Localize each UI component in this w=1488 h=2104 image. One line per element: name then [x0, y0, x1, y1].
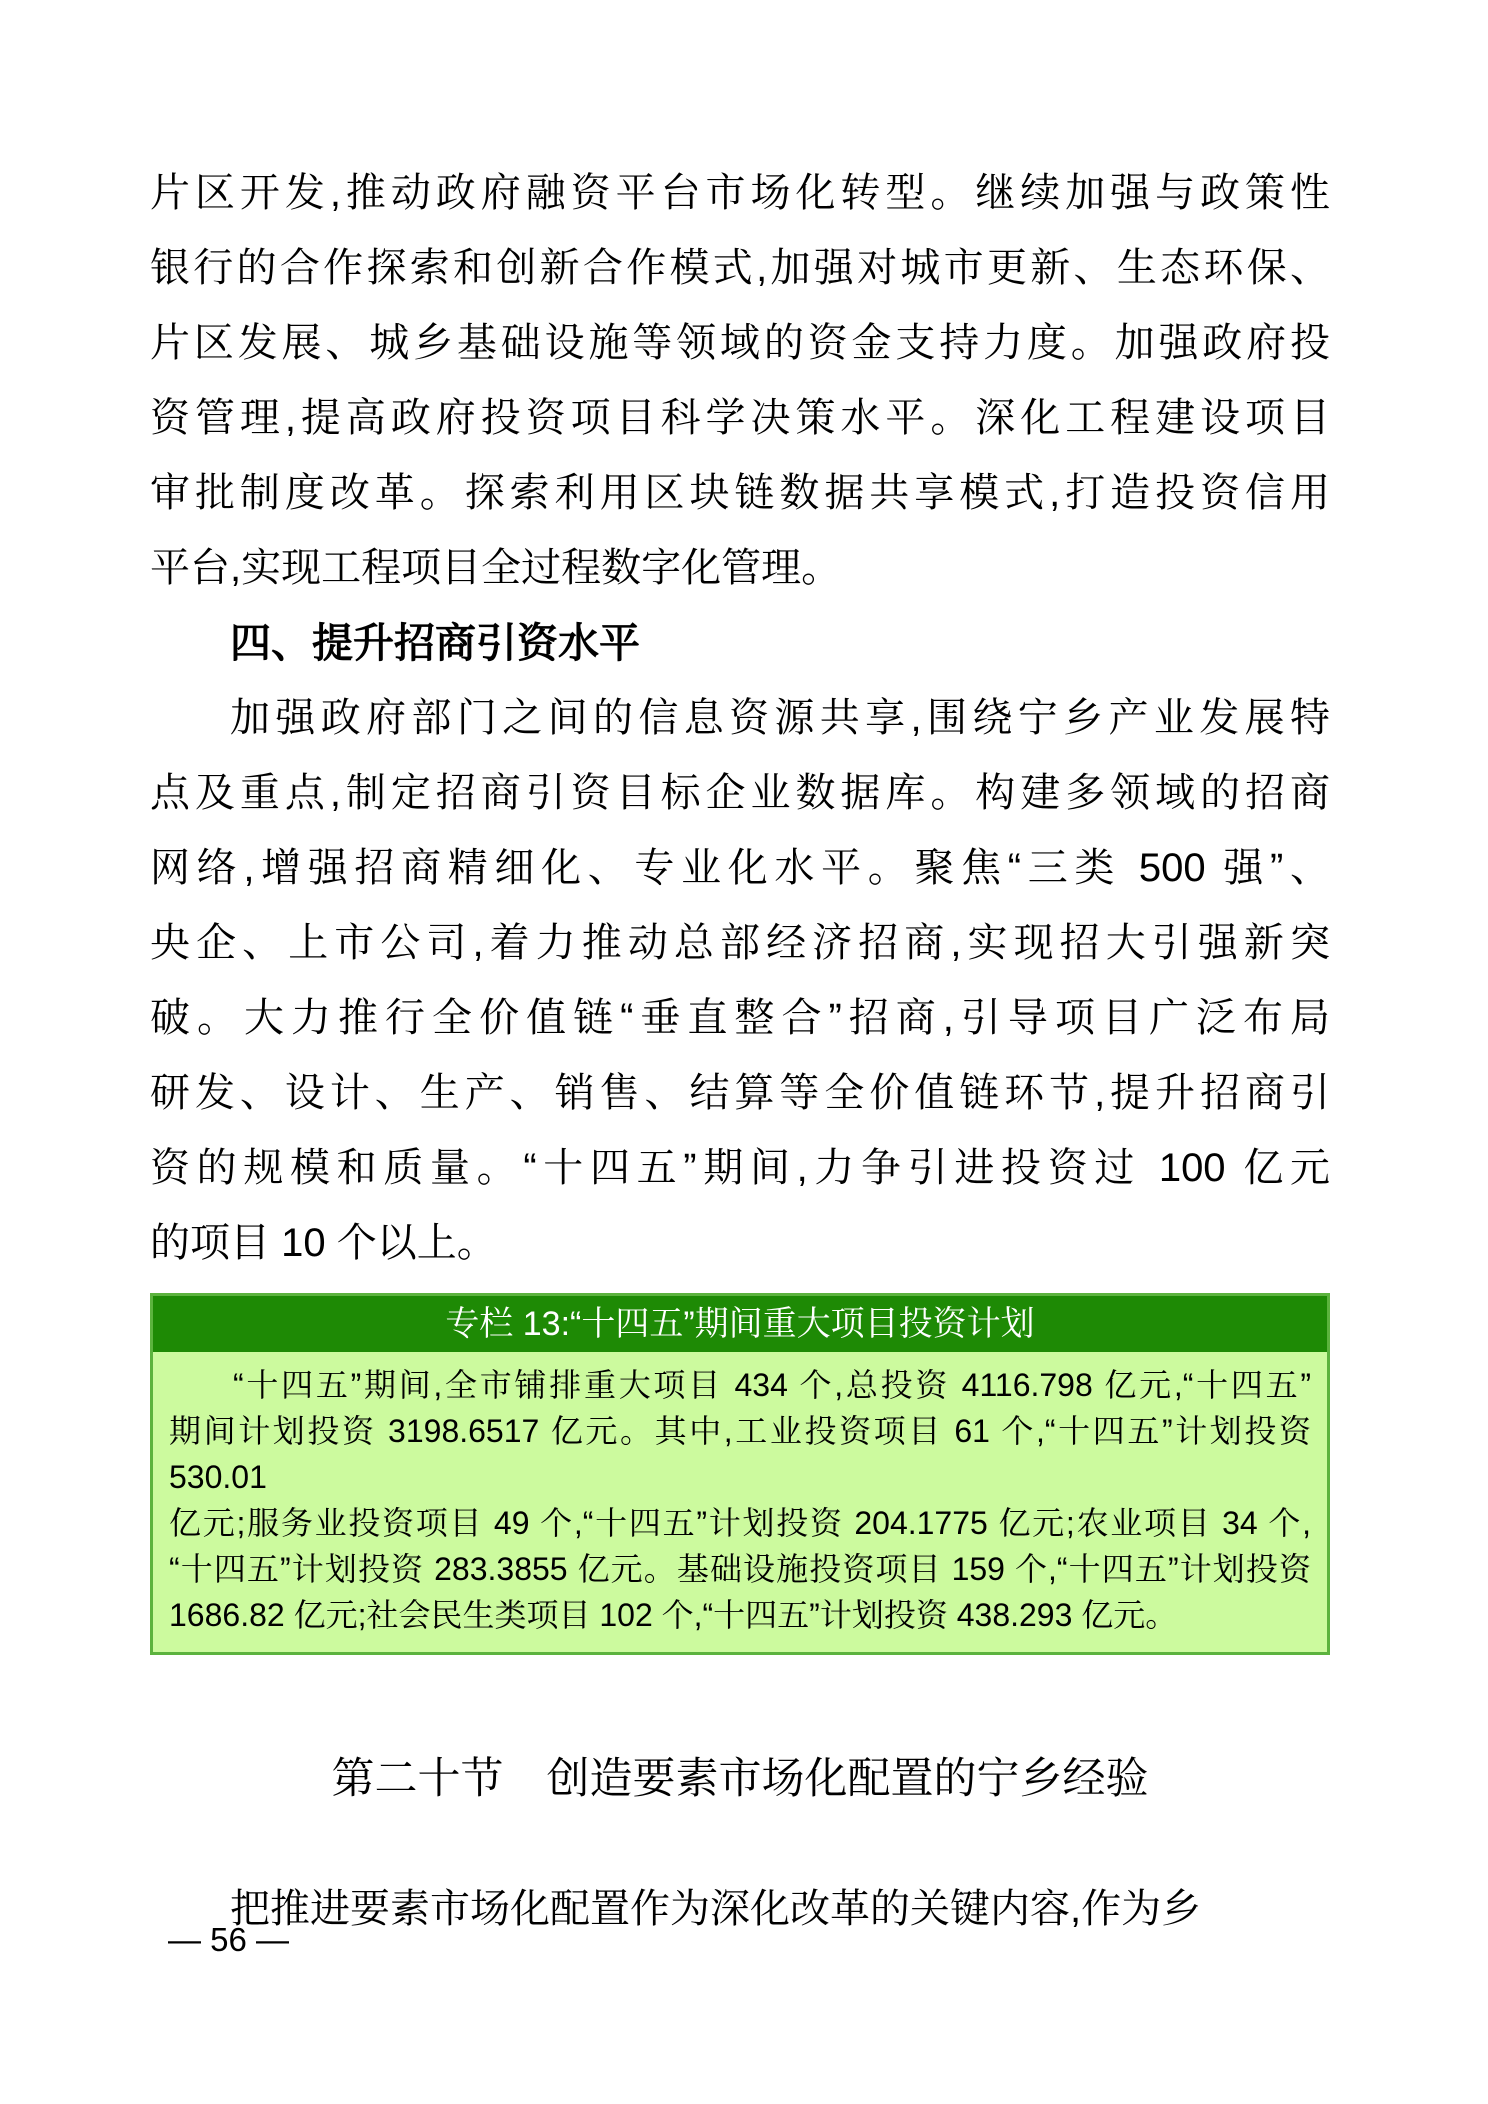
paragraph-investment-promotion: 加强政府部门之间的信息资源共享,围绕宁乡产业发展特 点及重点,制定招商引资目标企…	[150, 681, 1330, 1281]
callout-text-line: 1686.82 亿元;社会民生类项目 102 个,“十四五”计划投资 438.2…	[169, 1592, 1311, 1638]
text-line: 资管理,提高政府投资项目科学决策水平。深化工程建设项目	[150, 381, 1330, 456]
text-line: 破。大力推行全价值链“垂直整合”招商,引导项目广泛布局	[150, 981, 1330, 1056]
text-line: 审批制度改革。探索利用区块链数据共享模式,打造投资信用	[150, 456, 1330, 531]
callout-body: “十四五”期间,全市铺排重大项目 434 个,总投资 4116.798 亿元,“…	[153, 1352, 1327, 1652]
text-line: 加强政府部门之间的信息资源共享,围绕宁乡产业发展特	[150, 681, 1330, 756]
callout-text-line: 期间计划投资 3198.6517 亿元。其中,工业投资项目 61 个,“十四五”…	[169, 1408, 1311, 1500]
callout-box-13: 专栏 13:“十四五”期间重大项目投资计划 “十四五”期间,全市铺排重大项目 4…	[150, 1293, 1330, 1655]
text-line: 银行的合作探索和创新合作模式,加强对城市更新、生态环保、	[150, 231, 1330, 306]
callout-banner-title: 专栏 13:“十四五”期间重大项目投资计划	[153, 1296, 1327, 1352]
paragraph-factor-market: 把推进要素市场化配置作为深化改革的关键内容,作为乡	[150, 1872, 1330, 1947]
text-line: 央企、上市公司,着力推动总部经济招商,实现招大引强新突	[150, 906, 1330, 981]
document-page: 片区开发,推动政府融资平台市场化转型。继续加强与政策性 银行的合作探索和创新合作…	[0, 0, 1488, 2104]
text-line: 点及重点,制定招商引资目标企业数据库。构建多领域的招商	[150, 756, 1330, 831]
callout-text-line: 亿元;服务业投资项目 49 个,“十四五”计划投资 204.1775 亿元;农业…	[169, 1500, 1311, 1546]
callout-text-line: “十四五”期间,全市铺排重大项目 434 个,总投资 4116.798 亿元,“…	[169, 1362, 1311, 1408]
text-line: 片区发展、城乡基础设施等领域的资金支持力度。加强政府投	[150, 306, 1330, 381]
text-line: 研发、设计、生产、销售、结算等全价值链环节,提升招商引	[150, 1056, 1330, 1131]
text-column: 片区开发,推动政府融资平台市场化转型。继续加强与政策性 银行的合作探索和创新合作…	[150, 156, 1330, 1947]
page-number: — 56 —	[168, 1920, 289, 1960]
text-line: 资的规模和质量。“十四五”期间,力争引进投资过 100 亿元	[150, 1131, 1330, 1206]
text-line: 平台,实现工程项目全过程数字化管理。	[150, 531, 1330, 606]
text-line: 的项目 10 个以上。	[150, 1206, 1330, 1281]
callout-text-line: “十四五”计划投资 283.3855 亿元。基础设施投资项目 159 个,“十四…	[169, 1546, 1311, 1592]
section-heading-twenty: 第二十节 创造要素市场化配置的宁乡经验	[150, 1750, 1330, 1808]
text-line: 网络,增强招商精细化、专业化水平。聚焦“三类 500 强”、	[150, 831, 1330, 906]
text-line: 片区开发,推动政府融资平台市场化转型。继续加强与政策性	[150, 156, 1330, 231]
paragraph-funding: 片区开发,推动政府融资平台市场化转型。继续加强与政策性 银行的合作探索和创新合作…	[150, 156, 1330, 606]
subsection-heading-four: 四、提升招商引资水平	[150, 606, 1330, 681]
text-line: 把推进要素市场化配置作为深化改革的关键内容,作为乡	[150, 1872, 1330, 1947]
